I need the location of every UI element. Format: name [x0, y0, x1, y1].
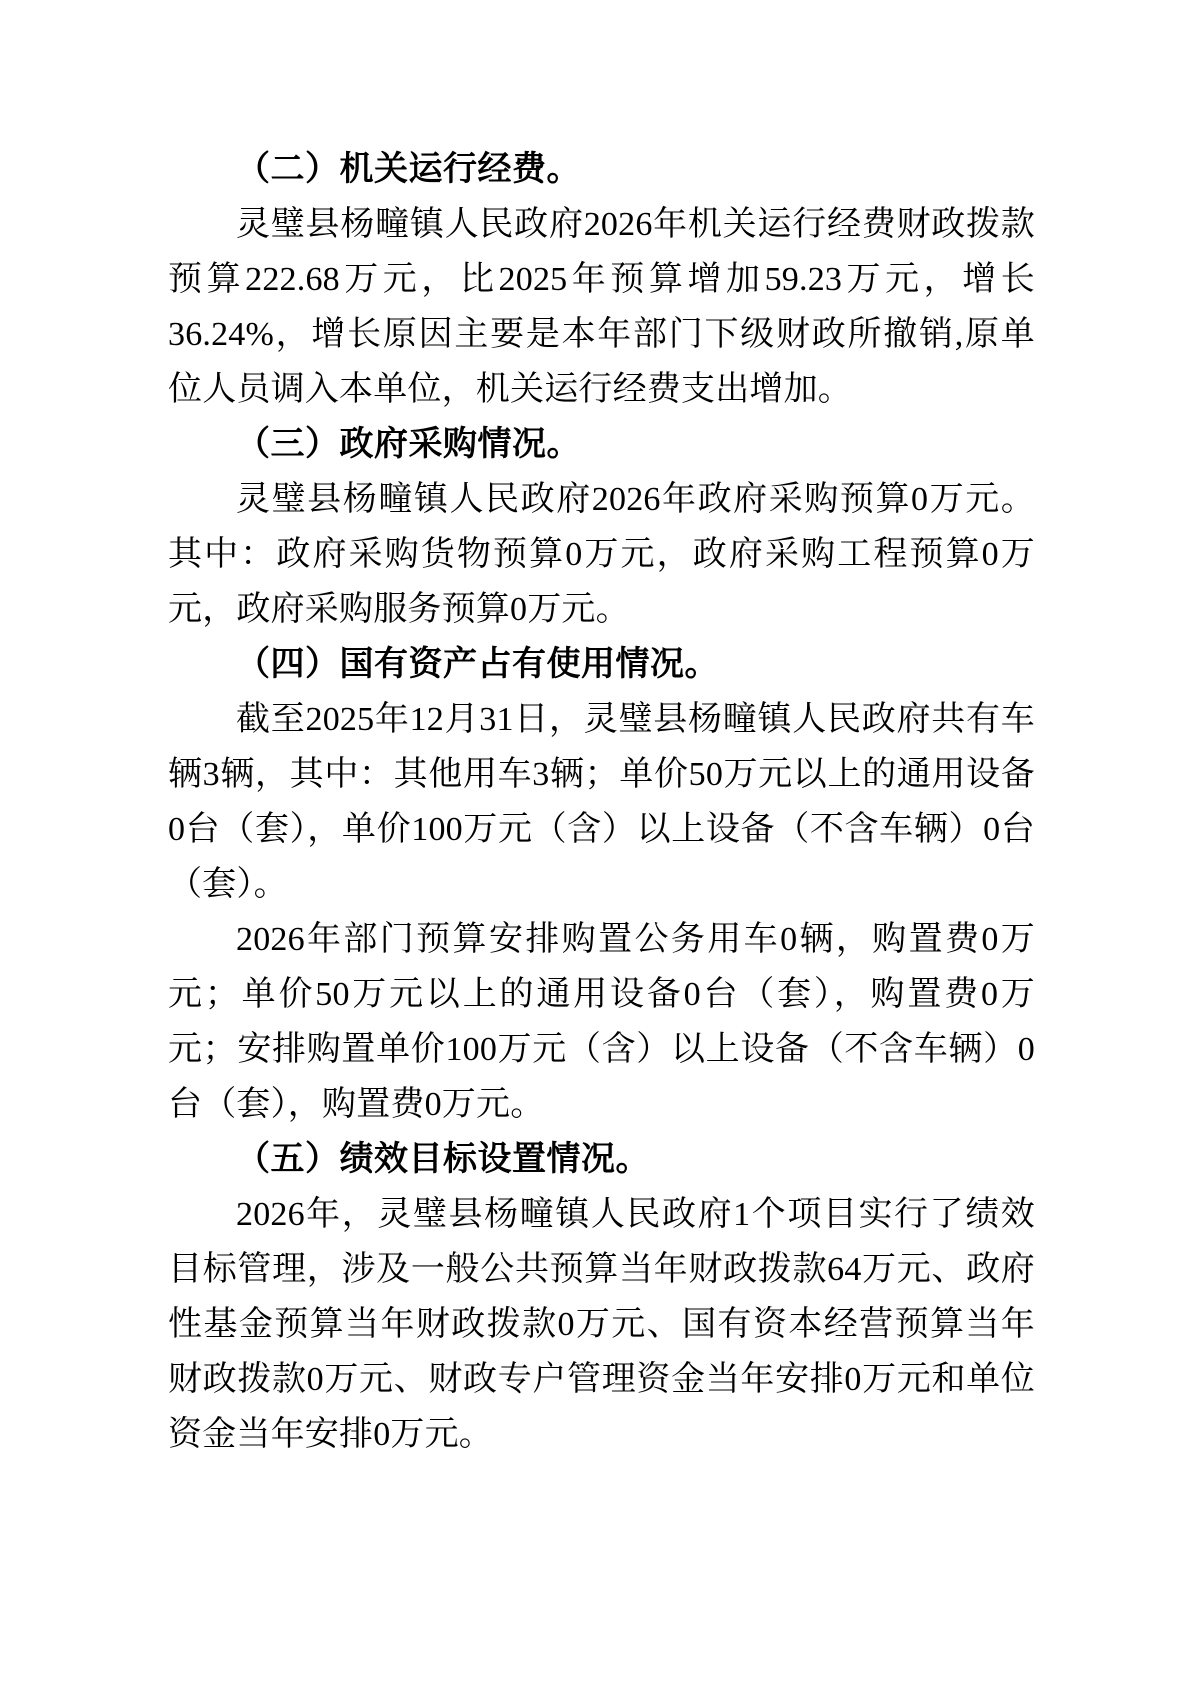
paragraph-state-owned-assets-planned: 2026年部门预算安排购置公务用车0辆，购置费0万元；单价50万元以上的通用设备… [168, 912, 1035, 1132]
section-agency-operation-funds: （二）机关运行经费。 灵璧县杨疃镇人民政府2026年机关运行经费财政拨款预算22… [168, 142, 1035, 417]
section-heading-government-procurement: （三）政府采购情况。 [168, 417, 1035, 472]
paragraph-state-owned-assets-current: 截至2025年12月31日，灵璧县杨疃镇人民政府共有车辆3辆，其中：其他用车3辆… [168, 692, 1035, 912]
section-heading-state-owned-assets: （四）国有资产占有使用情况。 [168, 637, 1035, 692]
paragraph-performance-targets: 2026年，灵璧县杨疃镇人民政府1个项目实行了绩效目标管理，涉及一般公共预算当年… [168, 1187, 1035, 1462]
document-page: （二）机关运行经费。 灵璧县杨疃镇人民政府2026年机关运行经费财政拨款预算22… [0, 0, 1190, 1684]
section-heading-agency-operation-funds: （二）机关运行经费。 [168, 142, 1035, 197]
paragraph-agency-operation-funds: 灵璧县杨疃镇人民政府2026年机关运行经费财政拨款预算222.68万元，比202… [168, 197, 1035, 417]
section-government-procurement: （三）政府采购情况。 灵璧县杨疃镇人民政府2026年政府采购预算0万元。其中：政… [168, 417, 1035, 637]
section-heading-performance-targets: （五）绩效目标设置情况。 [168, 1132, 1035, 1187]
section-performance-targets: （五）绩效目标设置情况。 2026年，灵璧县杨疃镇人民政府1个项目实行了绩效目标… [168, 1132, 1035, 1462]
paragraph-government-procurement: 灵璧县杨疃镇人民政府2026年政府采购预算0万元。其中：政府采购货物预算0万元，… [168, 472, 1035, 637]
section-state-owned-assets: （四）国有资产占有使用情况。 截至2025年12月31日，灵璧县杨疃镇人民政府共… [168, 637, 1035, 1132]
